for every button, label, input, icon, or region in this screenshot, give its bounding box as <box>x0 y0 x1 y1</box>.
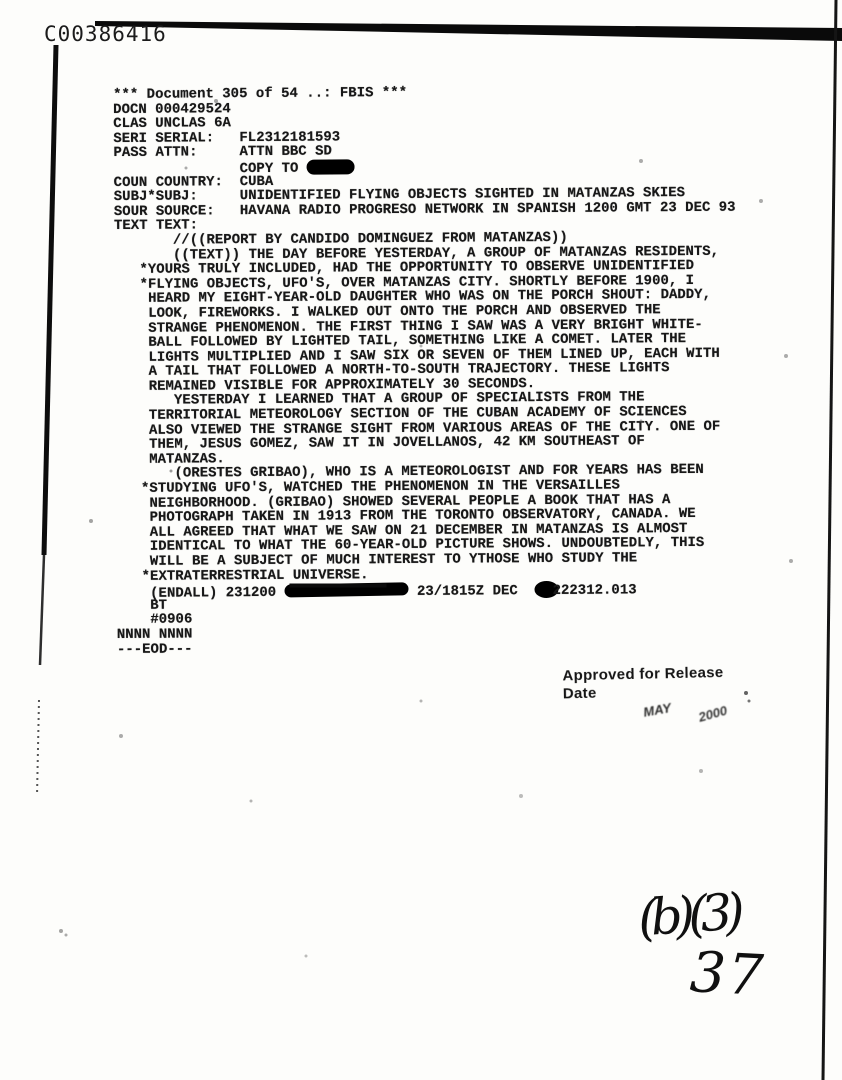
document-text: *** Document 305 of 54 ..: FBIS *** DOCN… <box>113 83 797 657</box>
document-id-header: C00386416 <box>44 22 167 46</box>
right-scan-line <box>823 0 836 1080</box>
left-scan-line <box>44 45 56 555</box>
approved-for-release-stamp: Approved for Release Date MAY 2000 <box>562 663 793 738</box>
universe-underline-mark <box>289 583 386 587</box>
scanned-document-page: C00386416 *** Document 305 of 54 ..: FBI… <box>0 0 842 1080</box>
redaction-blob-copy-to <box>307 159 355 174</box>
left-scan-line-dotted <box>37 700 39 796</box>
handwritten-page-number: 37 <box>688 940 767 1009</box>
handwritten-exemption-mark: (b)(3) <box>636 883 740 948</box>
endall-reference-number: 222312.013 <box>553 583 637 600</box>
stamp-year: 2000 <box>697 703 729 725</box>
report-body-block: COUN COUNTRY: CUBA SUBJ*SUBJ: UNIDENTIFI… <box>114 171 797 584</box>
top-scan-bar <box>95 21 842 41</box>
left-scan-line-fade <box>40 555 44 665</box>
stamp-date-label: Date <box>563 681 793 703</box>
fbis-header-block: *** Document 305 of 54 ..: FBIS *** DOCN… <box>113 83 793 161</box>
endall-timestamp: 23/1815Z DEC <box>409 583 535 600</box>
stamp-month: MAY <box>642 700 672 720</box>
scan-noise-specks <box>0 0 2 2</box>
footer-block: BT #0906 NNNN NNNN ---EOD--- <box>117 594 797 657</box>
